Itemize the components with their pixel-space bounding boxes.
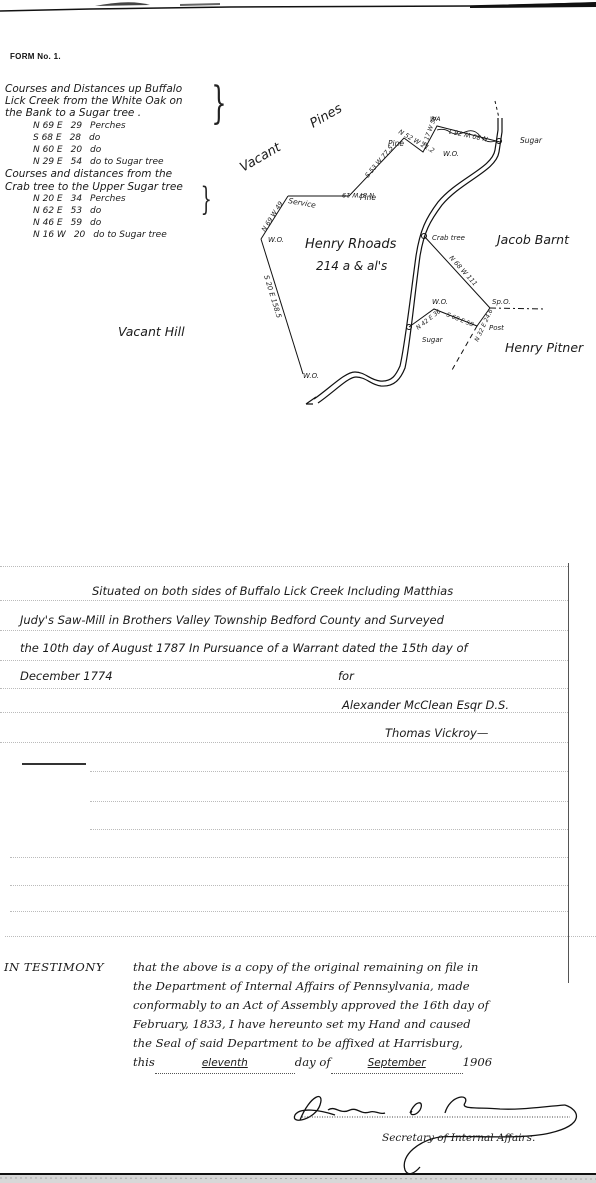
label-owner: Henry Rhoads (305, 237, 397, 252)
form-dotline (0, 712, 568, 713)
label-sugar-ne: Sugar (520, 136, 543, 145)
label-pines: Pines (308, 101, 346, 131)
label-wo-south: W.O. (432, 298, 448, 306)
form-dotline (0, 660, 568, 661)
label-neighbor-southeast: Henry Pitner (505, 340, 584, 355)
form-dotline (0, 630, 568, 631)
day-of-label: day of (295, 1055, 331, 1069)
description-line: the 10th day of August 1787 In Pursuance… (20, 641, 468, 655)
form-dotline (0, 566, 568, 567)
description-for: for (338, 669, 354, 683)
label-neighbor-east: Jacob Barnt (494, 232, 570, 247)
bearing-label: S 20 E 158.5 (262, 274, 283, 319)
this-label: this (133, 1055, 155, 1069)
form-dotline (10, 911, 568, 912)
month-value: September (331, 1054, 463, 1074)
year-value: 1906 (463, 1055, 493, 1069)
label-post: Post (489, 324, 504, 332)
short-rule (22, 763, 86, 765)
form-dotline (0, 688, 568, 689)
label-acreage: 214 a & al's (316, 259, 387, 273)
description-line: December 1774 (20, 669, 113, 683)
bearing-label: S 68 E 58 (445, 311, 474, 328)
bearing-label: N 80 W 76.1 (447, 127, 488, 143)
form-dotline (0, 600, 568, 601)
form-dotline (90, 771, 568, 772)
bearing-label: S 17 W 56 (421, 115, 438, 146)
label-wo-north: W.O. (443, 150, 459, 158)
label-spo: Sp.O. (492, 298, 511, 306)
bearing-label: S 53 W 77.5 (363, 144, 395, 179)
bearing-label: N 68 W 111 (448, 254, 479, 288)
label-wo-west: W.O. (268, 236, 284, 244)
scan-bottom-edge (0, 1171, 596, 1183)
form-dotline (90, 829, 568, 830)
testimony-date-line: thiseleventhday ofSeptember1906 (133, 1053, 492, 1074)
form-dotline (90, 801, 568, 802)
label-vacant: Vacant (238, 140, 285, 176)
testimony-line: conformably to an Act of Assembly approv… (133, 996, 489, 1015)
form-dotline (5, 936, 596, 937)
warrantee-name: Thomas Vickroy— (385, 726, 488, 740)
margin-rule (568, 563, 569, 983)
label-wo-southwest: W.O. (303, 372, 319, 380)
description-line: Judy's Saw-Mill in Brothers Valley Towns… (20, 613, 444, 627)
bearing-label: N 87W 19 (342, 191, 374, 199)
day-value: eleventh (155, 1054, 295, 1074)
form-dotline (0, 742, 568, 743)
label-crab-tree: Crab tree (432, 234, 465, 242)
label-vacant-hill: Vacant Hill (118, 324, 185, 339)
testimony-lead: IN TESTIMONY (4, 958, 104, 977)
form-dotline (10, 857, 568, 858)
form-dotline (10, 885, 568, 886)
description-line: Situated on both sides of Buffalo Lick C… (92, 584, 453, 598)
testimony-line: February, 1833, I have hereunto set my H… (133, 1015, 471, 1034)
label-sugar-s: Sugar (422, 336, 444, 344)
surveyor-name: Alexander McClean Esqr D.S. (342, 698, 509, 712)
testimony-line: the Seal of said Department to be affixe… (133, 1034, 463, 1053)
label-service: Service (288, 196, 317, 210)
bearing-label: N 69 W 49 (260, 200, 285, 233)
testimony-line: that the above is a copy of the original… (133, 958, 478, 977)
survey-plat-drawing: Vacant Pines Vacant Hill Henry Rhoads 21… (0, 0, 596, 420)
signer-title: Secretary of Internal Affairs. (382, 1132, 535, 1144)
testimony-line: the Department of Internal Affairs of Pe… (133, 977, 470, 996)
